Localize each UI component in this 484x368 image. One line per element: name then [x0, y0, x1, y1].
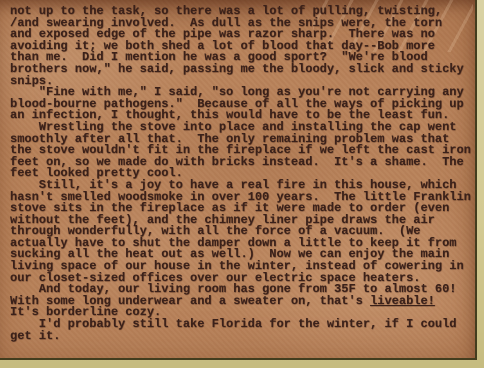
photo-frame: not up to the task, so there was a lot o…: [0, 0, 479, 362]
text-line: get it.: [10, 331, 475, 343]
text-line: I'd probably still take Florida for the …: [10, 319, 475, 331]
typed-text-block: not up to the task, so there was a lot o…: [10, 6, 475, 342]
underlined-word: liveable!: [370, 294, 435, 308]
text-line: brothers now," he said, passing me the b…: [10, 64, 475, 76]
typewritten-page: not up to the task, so there was a lot o…: [0, 0, 477, 360]
